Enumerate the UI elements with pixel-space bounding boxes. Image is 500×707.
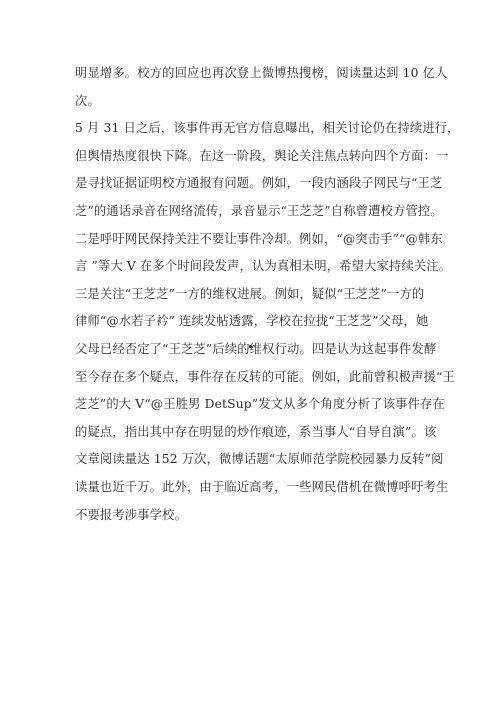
text-line: 5 月 31 日之后，该事件再无官方信息曝出，相关讨论仍在持续进行， [75, 117, 430, 145]
document-page: 明显增多。校方的回应也再次登上微博热搜榜，阅读量达到 10 亿人 次。 5 月 … [0, 0, 500, 707]
body-text: 明显增多。校方的回应也再次登上微博热搜榜，阅读量达到 10 亿人 次。 5 月 … [75, 62, 430, 531]
text-line: 文章阅读量达 152 万次，微博话题“太原师范学院校园暴力反转”阅 [75, 448, 430, 476]
text-line: 二是呼吁网民保持关注不要让事件冷却。例如，“@突击手”“@韩东 [75, 228, 430, 256]
text-line: 明显增多。校方的回应也再次登上微博热搜榜，阅读量达到 10 亿人 [75, 62, 430, 90]
text-line: 不要报考涉事学校。 [75, 504, 430, 532]
text-line: 父母已经否定了“王芝芝”后续的维权行动。四是认为这起事件发酵 [75, 338, 430, 366]
text-line: 芝”的通话录音在网络流传，录音显示“王芝芝”自称曾遭校方管控。 [75, 200, 430, 228]
text-line: 三是关注“王芝芝”一方的维权进展。例如，疑似“王芝芝”一方的 [75, 283, 430, 311]
text-line: 读量也近千万。此外，由于临近高考，一些网民借机在微博呼吁考生 [75, 476, 430, 504]
text-line: 至今存在多个疑点，事件存在反转的可能。例如，此前曾积极声援“王 [75, 366, 430, 394]
text-line: 是寻找证据证明校方通报有问题。例如，一段内涵段子网民与“王芝 [75, 172, 430, 200]
text-line: 的疑点，指出其中存在明显的炒作痕迹，系当事人“自导自演”。该 [75, 421, 430, 449]
text-line: 言 ”等大 V 在多个时间段发声，认为真相未明，希望大家持续关注。 [75, 255, 430, 283]
text-line: 次。 [75, 90, 430, 118]
text-line: 芝芝”的大 V“@王胜男 DetSup”发文从多个角度分析了该事件存在 [75, 393, 430, 421]
dot-mark-icon [249, 345, 252, 348]
text-line: 律师“@水若子衿” 连续发帖透露，学校在拉拢“王芝芝”父母，她 [75, 310, 430, 338]
text-line: 但舆情热度很快下降。在这一阶段，舆论关注焦点转向四个方面：一 [75, 145, 430, 173]
